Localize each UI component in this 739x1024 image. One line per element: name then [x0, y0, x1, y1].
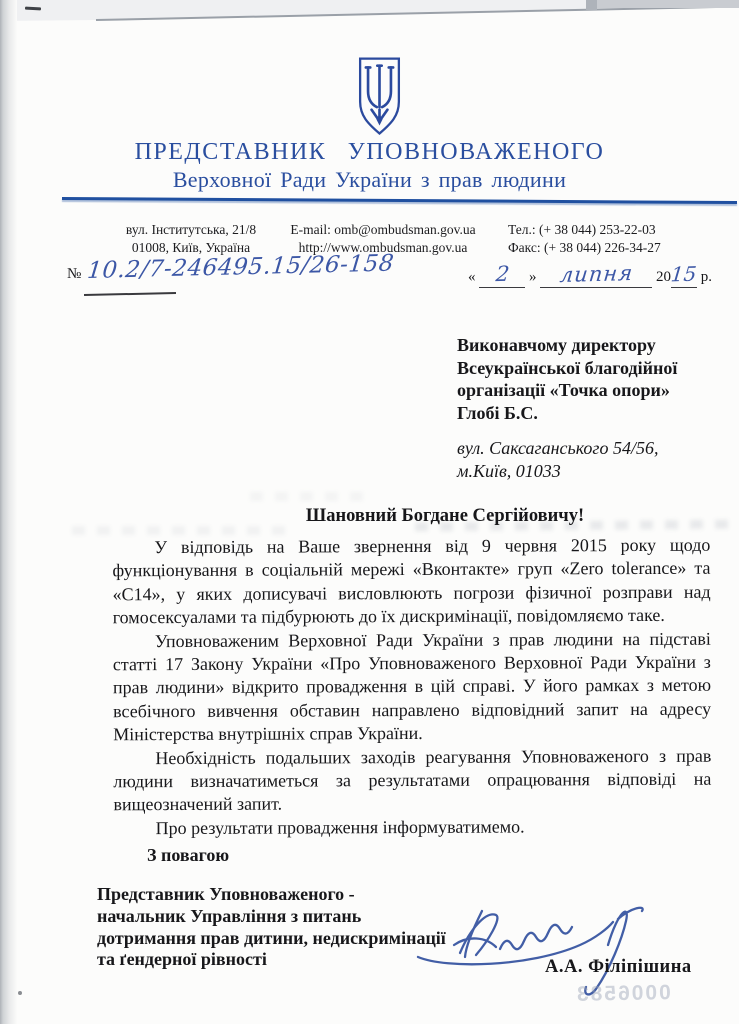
- date-quote-open: «: [468, 269, 476, 285]
- recipient-line: Виконавчому директору: [457, 334, 677, 357]
- body-paragraph: Уповноваженим Верховної Ради України з п…: [113, 627, 712, 747]
- contact-address-block: вул. Інститутська, 21/8 01008, Київ, Укр…: [95, 221, 287, 256]
- ink-bleedthrough-streak: [250, 492, 370, 501]
- recipient-address-block: вул. Саксаганського 54/56, м.Київ, 01033: [457, 437, 658, 483]
- ukraine-trident-icon: [352, 56, 407, 137]
- fax-number: Факс: (+ 38 044) 226-34-27: [508, 239, 713, 257]
- date-year-unit: р.: [701, 269, 712, 285]
- recipient-block: Виконавчому директору Всеукраїнської бла…: [457, 334, 677, 424]
- org-title-line2: Верховної Ради України з прав людини: [0, 167, 739, 193]
- signer-title-line: начальник Управління з питань: [97, 906, 446, 928]
- salutation: Шановний Богдане Сергійовичу!: [150, 506, 739, 527]
- ink-bleedthrough-streak: [72, 526, 297, 535]
- bleedthrough-serial-number: 0006583: [575, 981, 671, 1007]
- corner-scan-block: [590, 0, 739, 8]
- closing-regards: З повагою: [147, 845, 229, 866]
- recipient-address-line: вул. Саксаганського 54/56,: [457, 437, 658, 460]
- body-paragraph: Про результати провадження інформуватиме…: [114, 815, 712, 841]
- date-day-handwritten: 2: [494, 262, 510, 286]
- ref-number-underline: [84, 292, 176, 295]
- date-quote-close: »: [529, 269, 537, 285]
- body-paragraph: Необхідність подальших заходів реагуванн…: [113, 744, 711, 817]
- signer-title-line: та ґендерної рівності: [97, 949, 446, 971]
- contact-phone-block: Тел.: (+ 38 044) 253-22-03 Факс: (+ 38 0…: [508, 221, 713, 256]
- recipient-line: Всеукраїнської благодійної: [457, 357, 677, 380]
- ref-number-label: №: [67, 266, 81, 283]
- recipient-line: Глобі Б.С.: [457, 402, 677, 425]
- date-row: « 2 » липня 2015 р.: [468, 262, 712, 288]
- body-paragraph: У відповідь на Ваше звернення від 9 черв…: [112, 534, 710, 630]
- scanned-letter-page: ПРЕДСТАВНИК УПОВНОВАЖЕНОГО Верховної Рад…: [0, 0, 739, 1024]
- date-year-prefix: 20: [656, 269, 671, 285]
- scan-mark-dot: [18, 991, 22, 995]
- recipient-line: організації «Точка опори»: [457, 379, 677, 402]
- recipient-address-line: м.Київ, 01033: [457, 460, 658, 483]
- phone-number: Тел.: (+ 38 044) 253-22-03: [508, 221, 713, 239]
- email-address: E-mail: omb@ombudsman.gov.ua: [288, 221, 478, 239]
- letter-body: У відповідь на Ваше звернення від 9 черв…: [112, 534, 711, 841]
- signer-title-line: Представник Уповноваженого -: [97, 884, 446, 906]
- signer-title-line: дотримання прав дитини, недискримінації: [97, 928, 446, 950]
- signer-name: А.А. Філіпішина: [545, 957, 692, 978]
- org-title-line1: ПРЕДСТАВНИК УПОВНОВАЖЕНОГО: [0, 139, 739, 166]
- street-address: вул. Інститутська, 21/8: [95, 221, 287, 239]
- date-month-handwritten: липня: [558, 261, 634, 287]
- date-year-handwritten: 15: [670, 262, 698, 287]
- corner-scan-notch: [586, 0, 597, 10]
- header-rule: [62, 197, 737, 204]
- signer-title-block: Представник Уповноваженого - начальник У…: [97, 884, 446, 971]
